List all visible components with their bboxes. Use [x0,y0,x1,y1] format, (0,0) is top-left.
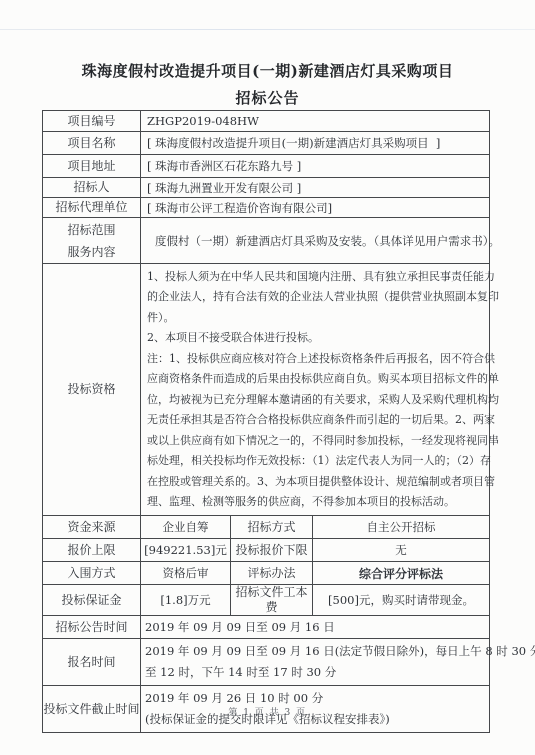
shortlist-value: 资格后审 [141,562,231,585]
signup-time-label: 报名时间 [43,639,141,686]
scope-label: 招标范围 服务内容 [43,218,141,264]
document-fee-value: [500]元，购买时请带现金。 [313,585,490,616]
project-address-label: 项目地址 [43,155,141,178]
signup-time-value: 2019 年 09 月 09 日至 09 月 16 日(法定节假日除外)，每日上… [141,639,490,686]
qualification-label: 投标资格 [43,264,141,516]
funding-label: 资金来源 [43,516,141,539]
title-block: 珠海度假村改造提升项目(一期)新建酒店灯具采购项目 招标公告 [0,60,535,108]
project-no-label: 项目编号 [43,111,141,132]
tender-info-table: 项目编号 ZHGP2019-048HW 项目名称 [ 珠海度假村改造提升项目(一… [42,110,490,733]
project-name-label: 项目名称 [43,132,141,155]
evaluation-method-value: 综合评分评标法 [313,562,490,585]
tender-method-label: 招标方式 [231,516,313,539]
row-agency: 招标代理单位 [ 珠海市公评工程造价咨询有限公司] [43,198,490,218]
price-cap-label: 报价上限 [43,539,141,562]
announce-time-label: 招标公告时间 [43,616,141,639]
evaluation-method-label: 评标办法 [231,562,313,585]
row-scope: 招标范围 服务内容 度假村（一期）新建酒店灯具采购及安装。（具体详见用户需求书）… [43,218,490,264]
price-floor-value: 无 [313,539,490,562]
project-name-value: [ 珠海度假村改造提升项目(一期)新建酒店灯具采购项目 ] [141,132,490,155]
row-qualification: 投标资格 1、投标人须为在中华人民共和国境内注册、具有独立承担民事责任能力 的企… [43,264,490,516]
document-title: 珠海度假村改造提升项目(一期)新建酒店灯具采购项目 [0,60,535,81]
row-project-address: 项目地址 [ 珠海市香洲区石花东路九号 ] [43,155,490,178]
qualification-text: 1、投标人须为在中华人民共和国境内注册、具有独立承担民事责任能力 的企业法人，持… [141,264,490,516]
shortlist-label: 入围方式 [43,562,141,585]
agency-label: 招标代理单位 [43,198,141,218]
announce-time-value: 2019 年 09 月 09 日至 09 月 16 日 [141,616,490,639]
row-project-no: 项目编号 ZHGP2019-048HW [43,111,490,132]
project-no-value: ZHGP2019-048HW [141,111,490,132]
project-address-value: [ 珠海市香洲区石花东路九号 ] [141,155,490,178]
price-floor-label: 投标报价下限 [231,539,313,562]
document-fee-label: 招标文件工本费 [231,585,313,616]
tenderee-label: 招标人 [43,178,141,198]
row-announce-time: 招标公告时间 2019 年 09 月 09 日至 09 月 16 日 [43,616,490,639]
scan-artifact-line [0,29,535,30]
agency-value: [ 珠海市公评工程造价咨询有限公司] [141,198,490,218]
document-subtitle: 招标公告 [0,87,535,108]
page-number: 第 1 页 共 3 页 [0,705,535,718]
row-deposit: 投标保证金 [1.8]万元 招标文件工本费 [500]元，购买时请带现金。 [43,585,490,616]
row-funding: 资金来源 企业自筹 招标方式 自主公开招标 [43,516,490,539]
deposit-label: 投标保证金 [43,585,141,616]
scope-value: 度假村（一期）新建酒店灯具采购及安装。（具体详见用户需求书）。 [141,218,490,264]
funding-value: 企业自筹 [141,516,231,539]
row-shortlist: 入围方式 资格后审 评标办法 综合评分评标法 [43,562,490,585]
tenderee-value: [ 珠海九洲置业开发有限公司 ] [141,178,490,198]
row-signup-time: 报名时间 2019 年 09 月 09 日至 09 月 16 日(法定节假日除外… [43,639,490,686]
tender-method-value: 自主公开招标 [313,516,490,539]
row-project-name: 项目名称 [ 珠海度假村改造提升项目(一期)新建酒店灯具采购项目 ] [43,132,490,155]
document-page: 珠海度假村改造提升项目(一期)新建酒店灯具采购项目 招标公告 项目编号 ZHGP… [0,0,535,755]
row-tenderee: 招标人 [ 珠海九洲置业开发有限公司 ] [43,178,490,198]
row-price-cap: 报价上限 [949221.53]元 投标报价下限 无 [43,539,490,562]
price-cap-value: [949221.53]元 [141,539,231,562]
deposit-value: [1.8]万元 [141,585,231,616]
